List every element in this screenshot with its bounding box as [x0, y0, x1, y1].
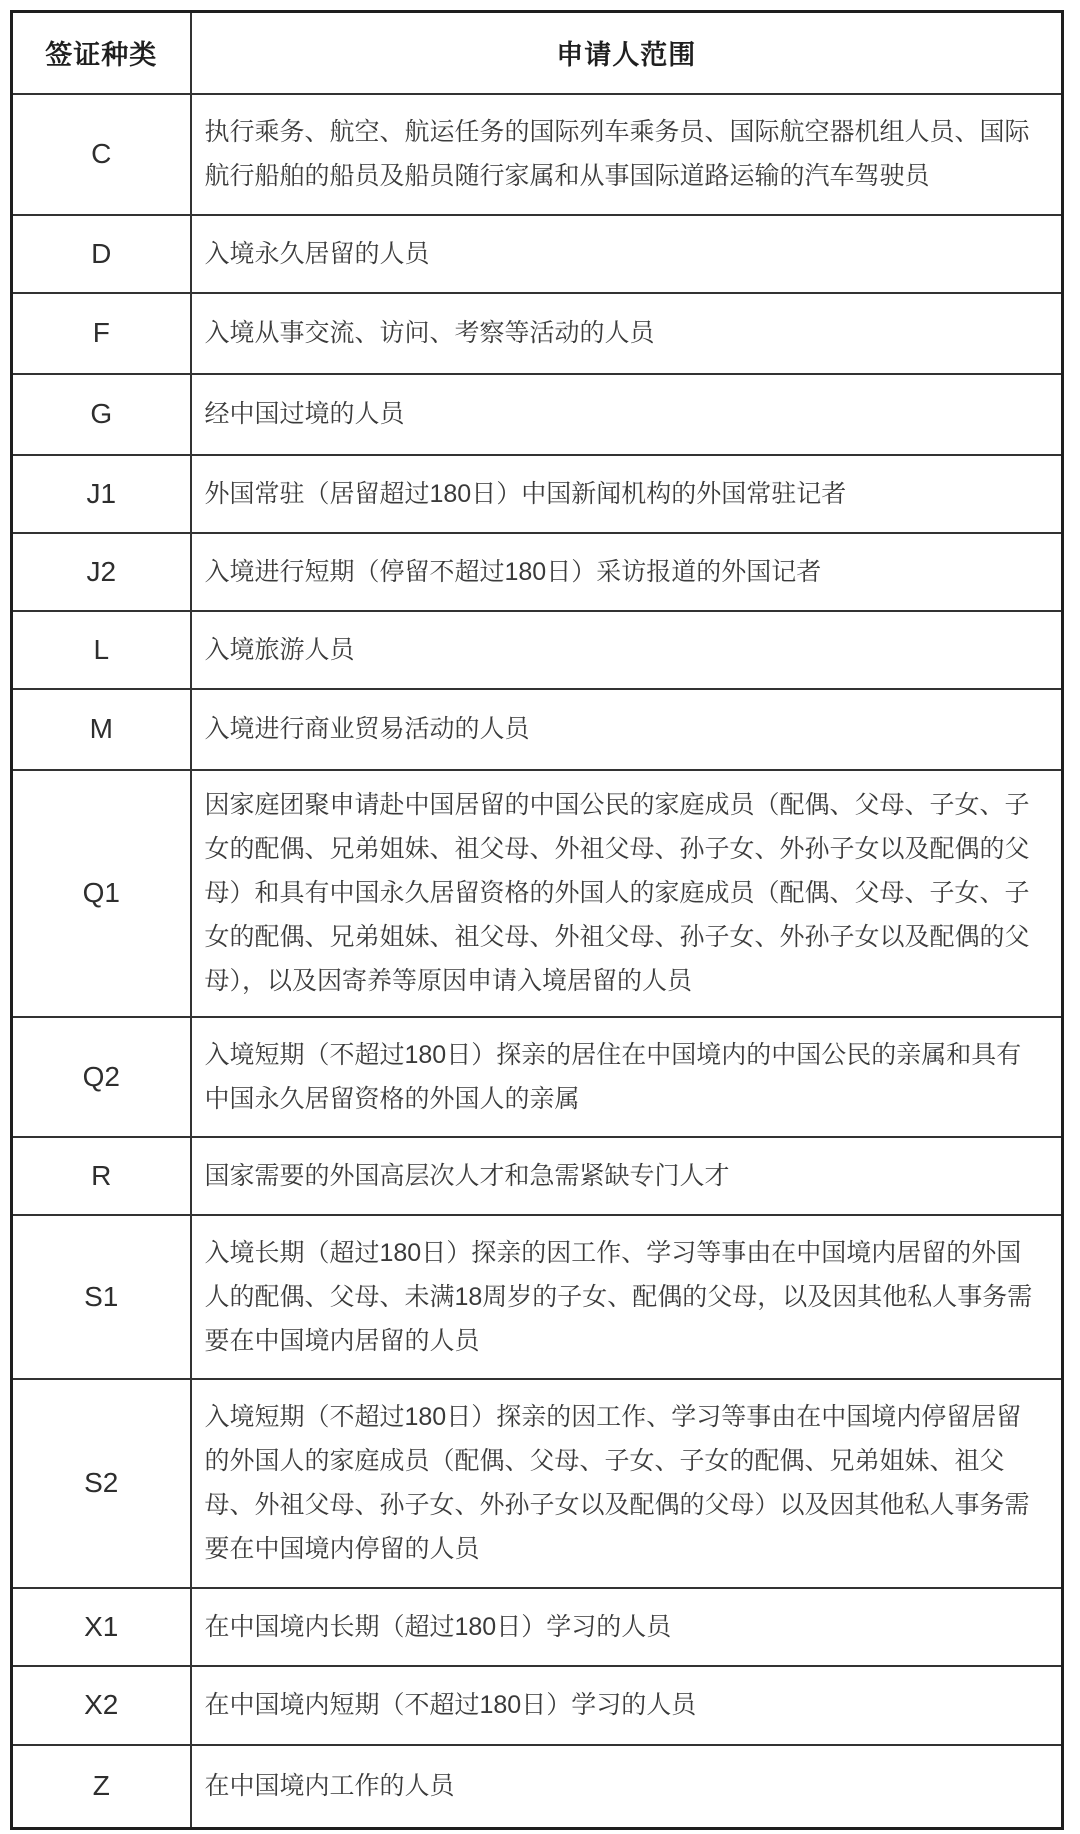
applicant-scope-cell: 执行乘务、航空、航运任务的国际列车乘务员、国际航空器机组人员、国际航行船舶的船员… — [191, 94, 1063, 215]
visa-code-cell: S2 — [12, 1379, 191, 1588]
applicant-scope-cell: 外国常驻（居留超过180日）中国新闻机构的外国常驻记者 — [191, 455, 1063, 533]
header-row: 签证种类 申请人范围 — [12, 12, 1063, 94]
visa-code-cell: Q1 — [12, 770, 191, 1017]
visa-code-cell: L — [12, 611, 191, 689]
visa-code-cell: Q2 — [12, 1017, 191, 1137]
table-row: J1外国常驻（居留超过180日）中国新闻机构的外国常驻记者 — [12, 455, 1063, 533]
table-row: M入境进行商业贸易活动的人员 — [12, 689, 1063, 770]
visa-code-cell: X1 — [12, 1588, 191, 1666]
visa-code-cell: J2 — [12, 533, 191, 611]
visa-code-cell: M — [12, 689, 191, 770]
visa-code-cell: C — [12, 94, 191, 215]
applicant-scope-cell: 在中国境内工作的人员 — [191, 1745, 1063, 1829]
table-row: X1在中国境内长期（超过180日）学习的人员 — [12, 1588, 1063, 1666]
applicant-scope-cell: 国家需要的外国高层次人才和急需紧缺专门人才 — [191, 1137, 1063, 1215]
visa-code-cell: D — [12, 215, 191, 293]
applicant-scope-cell: 入境永久居留的人员 — [191, 215, 1063, 293]
visa-code-cell: G — [12, 374, 191, 455]
applicant-scope-cell: 入境进行商业贸易活动的人员 — [191, 689, 1063, 770]
applicant-scope-cell: 在中国境内长期（超过180日）学习的人员 — [191, 1588, 1063, 1666]
applicant-scope-cell: 因家庭团聚申请赴中国居留的中国公民的家庭成员（配偶、父母、子女、子女的配偶、兄弟… — [191, 770, 1063, 1017]
table-row: D入境永久居留的人员 — [12, 215, 1063, 293]
table-row: G经中国过境的人员 — [12, 374, 1063, 455]
applicant-scope-cell: 在中国境内短期（不超过180日）学习的人员 — [191, 1666, 1063, 1745]
visa-code-cell: R — [12, 1137, 191, 1215]
visa-table-body: C执行乘务、航空、航运任务的国际列车乘务员、国际航空器机组人员、国际航行船舶的船… — [12, 94, 1063, 1829]
visa-code-cell: S1 — [12, 1215, 191, 1379]
applicant-scope-cell: 入境长期（超过180日）探亲的因工作、学习等事由在中国境内居留的外国人的配偶、父… — [191, 1215, 1063, 1379]
table-header: 签证种类 申请人范围 — [12, 12, 1063, 94]
applicant-scope-cell: 经中国过境的人员 — [191, 374, 1063, 455]
applicant-scope-cell: 入境短期（不超过180日）探亲的居住在中国境内的中国公民的亲属和具有中国永久居留… — [191, 1017, 1063, 1137]
table-row: J2入境进行短期（停留不超过180日）采访报道的外国记者 — [12, 533, 1063, 611]
column-header-visa-type: 签证种类 — [12, 12, 191, 94]
applicant-scope-cell: 入境短期（不超过180日）探亲的因工作、学习等事由在中国境内停留居留的外国人的家… — [191, 1379, 1063, 1588]
table-row: F入境从事交流、访问、考察等活动的人员 — [12, 293, 1063, 374]
table-row: S2入境短期（不超过180日）探亲的因工作、学习等事由在中国境内停留居留的外国人… — [12, 1379, 1063, 1588]
visa-code-cell: Z — [12, 1745, 191, 1829]
visa-types-table: 签证种类 申请人范围 C执行乘务、航空、航运任务的国际列车乘务员、国际航空器机组… — [10, 10, 1064, 1830]
visa-code-cell: F — [12, 293, 191, 374]
table-row: L入境旅游人员 — [12, 611, 1063, 689]
table-row: Q1因家庭团聚申请赴中国居留的中国公民的家庭成员（配偶、父母、子女、子女的配偶、… — [12, 770, 1063, 1017]
table-row: Q2入境短期（不超过180日）探亲的居住在中国境内的中国公民的亲属和具有中国永久… — [12, 1017, 1063, 1137]
visa-code-cell: J1 — [12, 455, 191, 533]
table-row: X2在中国境内短期（不超过180日）学习的人员 — [12, 1666, 1063, 1745]
table-row: Z在中国境内工作的人员 — [12, 1745, 1063, 1829]
table-row: C执行乘务、航空、航运任务的国际列车乘务员、国际航空器机组人员、国际航行船舶的船… — [12, 94, 1063, 215]
applicant-scope-cell: 入境从事交流、访问、考察等活动的人员 — [191, 293, 1063, 374]
table-row: S1入境长期（超过180日）探亲的因工作、学习等事由在中国境内居留的外国人的配偶… — [12, 1215, 1063, 1379]
applicant-scope-cell: 入境旅游人员 — [191, 611, 1063, 689]
table-row: R国家需要的外国高层次人才和急需紧缺专门人才 — [12, 1137, 1063, 1215]
visa-table-page: 签证种类 申请人范围 C执行乘务、航空、航运任务的国际列车乘务员、国际航空器机组… — [0, 0, 1080, 1834]
visa-code-cell: X2 — [12, 1666, 191, 1745]
applicant-scope-cell: 入境进行短期（停留不超过180日）采访报道的外国记者 — [191, 533, 1063, 611]
column-header-applicant-scope: 申请人范围 — [191, 12, 1063, 94]
